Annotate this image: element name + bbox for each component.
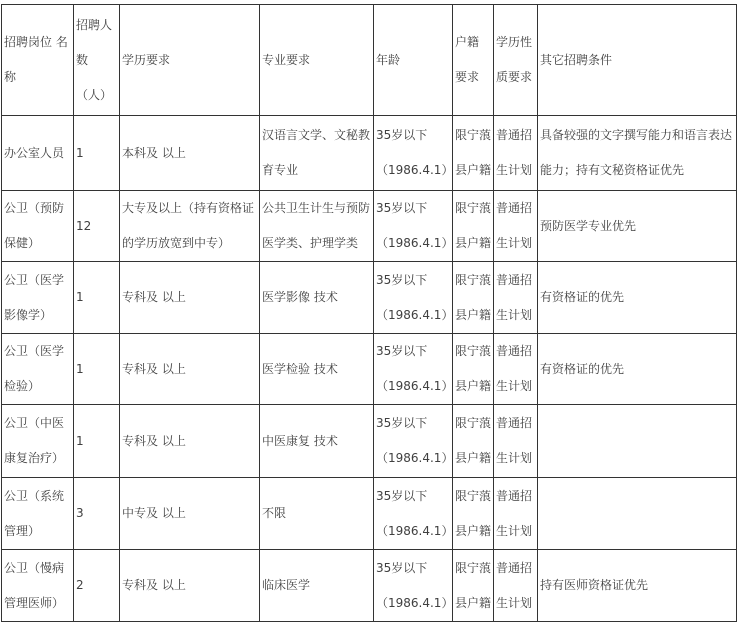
other-conditions-cell (538, 405, 737, 478)
residency-cell: 限宁蒗 县户籍 (453, 405, 494, 478)
major-cell: 汉语言文学、文秘教 育专业 (260, 116, 374, 191)
other-conditions-cell (538, 478, 737, 550)
table-row: 公卫（医学 影像学） 1 专科及 以上 医学影像 技术 35岁以下 （1986.… (2, 262, 737, 334)
education-cell: 大专及以上（持有资格证 的学历放宽到中专） (120, 191, 260, 262)
header-count: 招聘人 数 （人） (74, 5, 120, 116)
table-row: 公卫（慢病 管理医师） 2 专科及 以上 临床医学 35岁以下 （1986.4.… (2, 550, 737, 622)
age-cell: 35岁以下 （1986.4.1） (374, 191, 453, 262)
header-residency: 户籍 要求 (453, 5, 494, 116)
table-row: 公卫（系统 管理） 3 中专及 以上 不限 35岁以下 （1986.4.1） 限… (2, 478, 737, 550)
education-type-cell: 普通招 生计划 (494, 116, 538, 191)
recruitment-table: 招聘岗位 名 称 招聘人 数 （人） 学历要求 专业要求 年龄 户籍 要求 学历… (1, 4, 737, 622)
major-cell: 临床医学 (260, 550, 374, 622)
count-cell: 12 (74, 191, 120, 262)
position-cell: 公卫（预防 保健） (2, 191, 74, 262)
count-cell: 1 (74, 405, 120, 478)
position-cell: 公卫（慢病 管理医师） (2, 550, 74, 622)
education-type-cell: 普通招 生计划 (494, 334, 538, 405)
position-cell: 公卫（系统 管理） (2, 478, 74, 550)
count-cell: 1 (74, 262, 120, 334)
age-cell: 35岁以下 （1986.4.1） (374, 478, 453, 550)
count-cell: 1 (74, 116, 120, 191)
age-cell: 35岁以下 （1986.4.1） (374, 334, 453, 405)
residency-cell: 限宁蒗 县户籍 (453, 478, 494, 550)
residency-cell: 限宁蒗 县户籍 (453, 262, 494, 334)
education-type-cell: 普通招 生计划 (494, 405, 538, 478)
education-cell: 本科及 以上 (120, 116, 260, 191)
education-type-cell: 普通招 生计划 (494, 478, 538, 550)
other-conditions-cell: 具备较强的文字撰写能力和语言表达 能力；持有文秘资格证优先 (538, 116, 737, 191)
table-row: 公卫（预防 保健） 12 大专及以上（持有资格证 的学历放宽到中专） 公共卫生计… (2, 191, 737, 262)
residency-cell: 限宁蒗 县户籍 (453, 550, 494, 622)
position-cell: 公卫（医学 影像学） (2, 262, 74, 334)
education-cell: 中专及 以上 (120, 478, 260, 550)
age-cell: 35岁以下 （1986.4.1） (374, 116, 453, 191)
header-position: 招聘岗位 名 称 (2, 5, 74, 116)
count-cell: 2 (74, 550, 120, 622)
education-type-cell: 普通招 生计划 (494, 550, 538, 622)
age-cell: 35岁以下 （1986.4.1） (374, 405, 453, 478)
major-cell: 医学影像 技术 (260, 262, 374, 334)
education-cell: 专科及 以上 (120, 262, 260, 334)
other-conditions-cell: 持有医师资格证优先 (538, 550, 737, 622)
residency-cell: 限宁蒗 县户籍 (453, 191, 494, 262)
header-age: 年龄 (374, 5, 453, 116)
education-type-cell: 普通招 生计划 (494, 191, 538, 262)
education-cell: 专科及 以上 (120, 334, 260, 405)
position-cell: 公卫（中医 康复治疗） (2, 405, 74, 478)
residency-cell: 限宁蒗 县户籍 (453, 334, 494, 405)
other-conditions-cell: 有资格证的优先 (538, 262, 737, 334)
header-education-type: 学历性 质要求 (494, 5, 538, 116)
position-cell: 办公室人员 (2, 116, 74, 191)
page: 招聘岗位 名 称 招聘人 数 （人） 学历要求 专业要求 年龄 户籍 要求 学历… (0, 0, 738, 625)
age-cell: 35岁以下 （1986.4.1） (374, 262, 453, 334)
major-cell: 公共卫生计生与预防 医学类、护理学类 (260, 191, 374, 262)
residency-cell: 限宁蒗 县户籍 (453, 116, 494, 191)
education-cell: 专科及 以上 (120, 405, 260, 478)
table-row: 公卫（中医 康复治疗） 1 专科及 以上 中医康复 技术 35岁以下 （1986… (2, 405, 737, 478)
count-cell: 3 (74, 478, 120, 550)
table-row: 办公室人员 1 本科及 以上 汉语言文学、文秘教 育专业 35岁以下 （1986… (2, 116, 737, 191)
header-row: 招聘岗位 名 称 招聘人 数 （人） 学历要求 专业要求 年龄 户籍 要求 学历… (2, 5, 737, 116)
count-cell: 1 (74, 334, 120, 405)
position-cell: 公卫（医学 检验） (2, 334, 74, 405)
table-row: 公卫（医学 检验） 1 专科及 以上 医学检验 技术 35岁以下 （1986.4… (2, 334, 737, 405)
age-cell: 35岁以下 （1986.4.1） (374, 550, 453, 622)
major-cell: 中医康复 技术 (260, 405, 374, 478)
education-cell: 专科及 以上 (120, 550, 260, 622)
other-conditions-cell: 预防医学专业优先 (538, 191, 737, 262)
education-type-cell: 普通招 生计划 (494, 262, 538, 334)
header-other-conditions: 其它招聘条件 (538, 5, 737, 116)
other-conditions-cell: 有资格证的优先 (538, 334, 737, 405)
header-education: 学历要求 (120, 5, 260, 116)
major-cell: 不限 (260, 478, 374, 550)
major-cell: 医学检验 技术 (260, 334, 374, 405)
header-major: 专业要求 (260, 5, 374, 116)
